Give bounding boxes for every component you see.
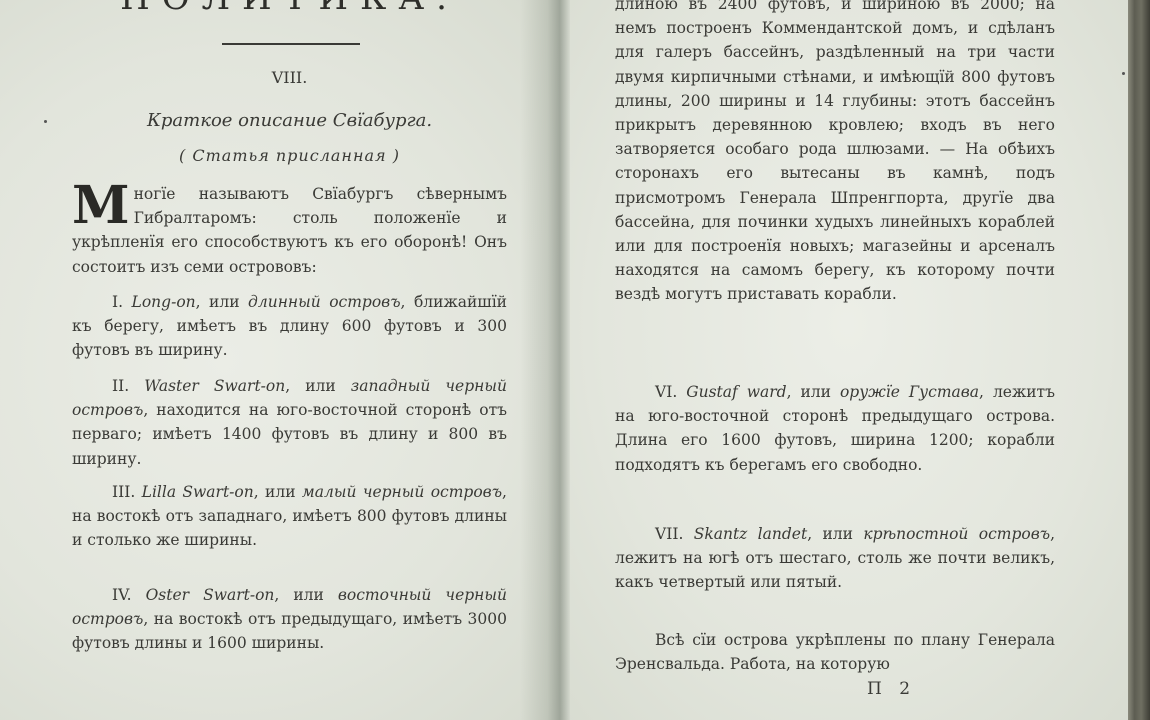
drop-cap: М [72, 184, 130, 228]
article-subtitle: ( Статья присланная ) [72, 146, 507, 165]
island-translation: крѣпостной островъ [863, 525, 1050, 543]
island-translation: длинный островъ [248, 293, 401, 311]
article-title: Краткое описание Свïабурга. [72, 110, 507, 131]
island-entry: VI. Gustaf ward, или оружïе Густава, леж… [615, 380, 1055, 477]
island-entry: IV. Oster Swart-on, или восточный черный… [72, 583, 507, 656]
island-entry: VII. Skantz landet, или крѣпостной остро… [615, 522, 1055, 595]
island-translation: оружïе Густава [840, 383, 979, 401]
island-translation: малый черный островъ [302, 483, 502, 501]
section-number: VIII. [72, 68, 507, 87]
island-name: Skantz landet [694, 525, 807, 543]
running-header: ПОЛИТИКА. [72, 0, 507, 18]
island-entry: I. Long-on, или длинный островъ, ближайш… [72, 290, 507, 363]
paper-speck [1122, 72, 1125, 75]
island-name: Long-on [132, 293, 196, 311]
intro-text: ногïе называютъ Свïабургъ сѣвернымъ Гибр… [72, 185, 507, 276]
header-rule [222, 43, 360, 45]
book-page-edges [1128, 0, 1150, 720]
paper-speck [44, 120, 47, 123]
continuation-paragraph: длиною въ 2400 футовъ, и шириною въ 2000… [615, 0, 1055, 307]
book-gutter [520, 0, 570, 720]
signature-mark: П 2 [867, 679, 916, 699]
intro-paragraph: Многïе называютъ Свïабургъ сѣвернымъ Гиб… [72, 182, 507, 279]
island-name: Gustaf ward [686, 383, 786, 401]
closing-paragraph: Всѣ сïи острова укрѣплены по плану Генер… [615, 628, 1055, 676]
island-entry: III. Lilla Swart-on, или малый черный ос… [72, 480, 507, 553]
island-name: Oster Swart-on [146, 586, 275, 604]
island-entry: II. Waster Swart-on, или западный черный… [72, 374, 507, 471]
island-name: Waster Swart-on [144, 377, 285, 395]
island-name: Lilla Swart-on [142, 483, 254, 501]
